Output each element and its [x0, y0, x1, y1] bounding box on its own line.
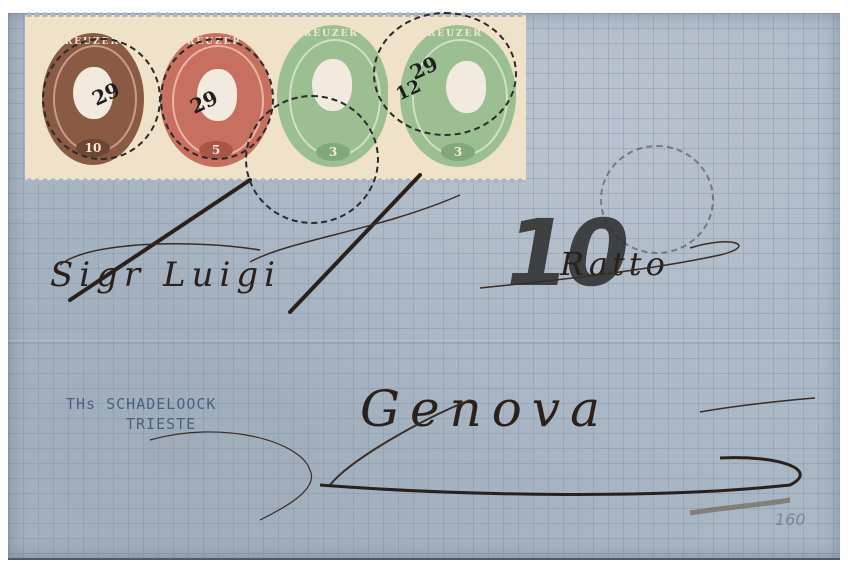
pencil-annotation: 160 [775, 510, 806, 529]
ink-flourishes [0, 0, 850, 571]
